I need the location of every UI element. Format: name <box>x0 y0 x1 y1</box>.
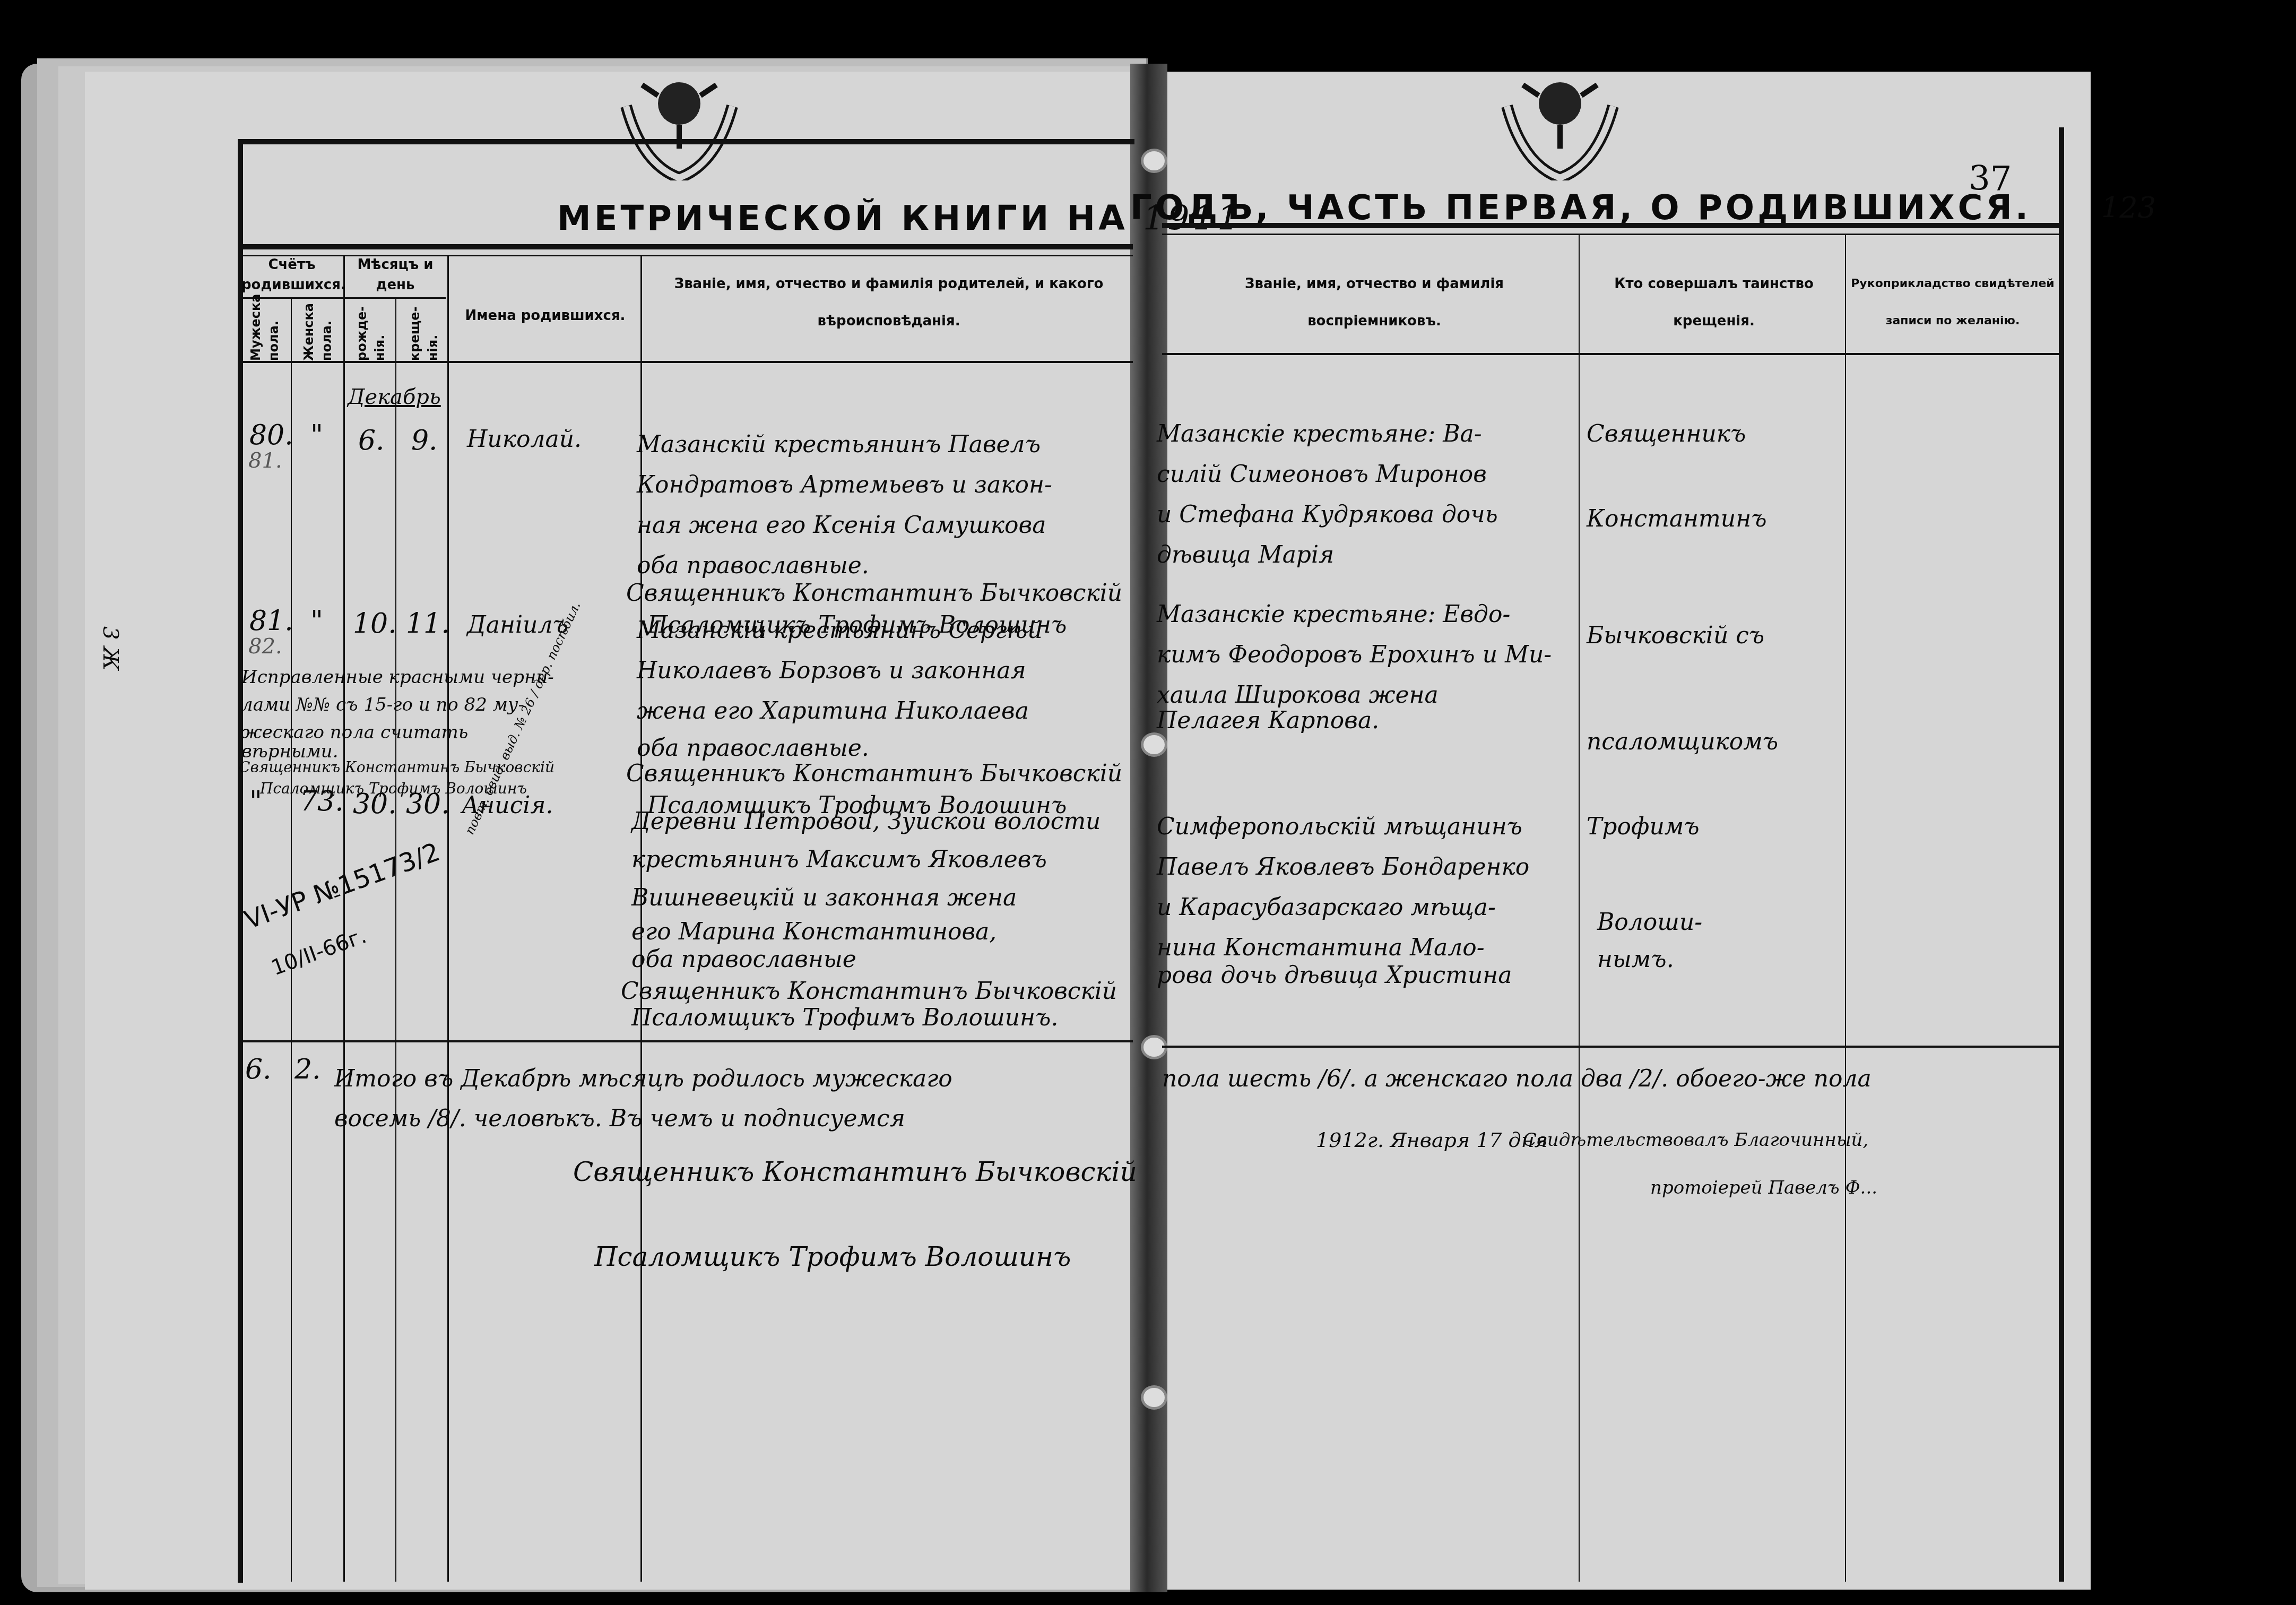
record-1-officiant: Священникъ <box>1587 414 1746 454</box>
record-3-birth-day: 30. <box>353 788 397 820</box>
record-1-birth-day: 6. <box>358 425 385 456</box>
record-1-male-no: 80. <box>249 419 293 451</box>
left-header-bottom-rule <box>241 361 1133 363</box>
right-header-rule-2 <box>1162 234 2059 235</box>
col-divider <box>291 297 292 1582</box>
header-parents: Званіе, имя, отчество и фамилія родителе… <box>645 265 1133 340</box>
header-male: Мужеска пола. <box>247 303 283 361</box>
right-header-bottom-rule <box>1162 353 2059 355</box>
record-2-male-no: 81. <box>249 605 293 637</box>
right-header-rule <box>1162 223 2059 228</box>
record-3-officiant: Трофимъ <box>1587 807 1700 847</box>
godparents-line: Пелагея Карпова. <box>1157 701 1379 741</box>
record-3-officiant-3: нымъ. <box>1597 939 1674 980</box>
header-count: Счётъ родившихся. <box>241 255 342 295</box>
header-baptism: креще-нія. <box>406 303 442 361</box>
totals-psalmist-signature: Псаломщикъ Трофимъ Волошинъ <box>594 1237 1071 1277</box>
totals-summary-line-1: Итого въ Декабрѣ мѣсяцѣ родилось мужеска… <box>334 1059 952 1099</box>
certification-date: 1912г. Января 17 дня <box>1316 1120 1548 1160</box>
godparents-line: дѣвица Марія <box>1157 535 1334 575</box>
record-1-name: Николай. <box>467 419 582 460</box>
godparents-line: рова дочь дѣвица Христина <box>1157 955 1512 996</box>
header-month-day: Мѣсяцъ и день <box>345 255 446 295</box>
margin-mark: 3 Ж <box>90 626 131 670</box>
record-1-baptism-day: 9. <box>411 425 438 456</box>
binding-stitch <box>1141 1385 1167 1410</box>
archive-page-number: 123 <box>2101 191 2156 225</box>
parents-line: ная жена его Ксенія Самушкова <box>637 505 1046 546</box>
record-1-male-no-corrected: 81. <box>248 448 282 473</box>
record-3-officiant-2: Волоши- <box>1597 902 1702 943</box>
page-number: 37 <box>1969 159 2012 199</box>
record-1-officiant-2: Константинъ <box>1587 499 1766 539</box>
note-line: Исправленные красными черни- <box>241 663 554 691</box>
record-3-female-no: 73. <box>300 786 344 817</box>
godparents-line: Симферопольскій мѣщанинъ <box>1157 807 1522 847</box>
header-signatures: Рукоприкладство свидѣтелей записи по жел… <box>1849 265 2056 340</box>
record-2-officiant-2: псаломщикомъ <box>1587 722 1778 762</box>
godparents-line: кимъ Феодоровъ Ерохинъ и Ми- <box>1157 635 1552 675</box>
godparents-line: и Карасубазарскаго мѣща- <box>1157 887 1496 928</box>
godparents-line: Павелъ Яковлевъ Бондаренко <box>1157 847 1529 887</box>
binding-stitch <box>1141 149 1167 173</box>
record-3-baptism-day: 30. <box>406 788 450 820</box>
col-divider <box>395 297 396 1582</box>
month-label: Декабрь <box>348 377 441 417</box>
col-divider <box>447 255 449 1582</box>
totals-priest-signature: Священникъ Константинъ Бычковскій <box>573 1152 1137 1192</box>
record-1-female-no: " <box>310 419 323 451</box>
parents-line: крестьянинъ Максимъ Яковлевъ <box>631 840 1047 880</box>
right-table-border <box>2059 127 2064 1582</box>
col-divider <box>1579 234 1580 1582</box>
record-2-baptism-day: 11. <box>406 608 450 640</box>
parents-line: Мазанскій крестьянинъ Сергѣй <box>637 610 1043 651</box>
parents-line: жена его Харитина Николаева <box>637 691 1029 731</box>
imperial-eagle-emblem-left <box>610 74 748 180</box>
record-2-male-no-corrected: 82. <box>248 634 282 659</box>
left-top-rule <box>238 139 1134 144</box>
header-names: Имена родившихся. <box>451 297 639 334</box>
godparents-line: силій Симеоновъ Миронов <box>1157 454 1487 495</box>
record-2-officiant: Бычковскій съ <box>1587 616 1764 656</box>
certification-text: Свидѣтельствовалъ Благочинный, <box>1523 1120 1868 1160</box>
left-totals-rule <box>241 1040 1133 1042</box>
totals-summary-right: пола шесть /6/. а женскаго пола два /2/.… <box>1162 1059 1872 1099</box>
note-line: лами №№ съ 15-го и по 82 му- <box>241 691 524 719</box>
godparents-line: Мазанскіе крестьяне: Евдо- <box>1157 594 1510 635</box>
godparents-line: и Стефана Кудрякова дочь <box>1157 495 1498 535</box>
col-divider <box>1845 234 1846 1582</box>
parents-line: Николаевъ Борзовъ и законная <box>637 651 1026 691</box>
record-3-male-no: " <box>249 786 262 817</box>
left-table-border <box>238 139 243 1583</box>
certification-signer: протоіерей Павелъ Ф... <box>1650 1168 1877 1208</box>
totals-summary-line-2: восемь /8/. человѣкъ. Въ чемъ и подписуе… <box>334 1099 905 1139</box>
title-text: МЕТРИЧЕСКОЙ КНИГИ НА <box>557 199 1128 238</box>
imperial-eagle-emblem-right <box>1491 74 1629 180</box>
header-birth: рожде-нія. <box>353 303 389 361</box>
record-2-female-no: " <box>310 605 323 637</box>
header-female: Женска пола. <box>300 303 336 361</box>
parents-line: Кондратовъ Артемьевъ и закон- <box>637 465 1052 505</box>
signature-line: Псаломщикъ Трофимъ Волошинъ. <box>631 998 1058 1038</box>
totals-male: 6. <box>245 1054 272 1085</box>
left-header-rule <box>241 244 1133 249</box>
right-totals-rule <box>1162 1046 2059 1048</box>
godparents-line: Мазанскіе крестьяне: Ва- <box>1157 414 1482 454</box>
record-2-birth-day: 10. <box>353 608 397 640</box>
header-officiant: Кто совершалъ таинство крещенія. <box>1587 265 1841 340</box>
book-title-right: ГОДЪ, ЧАСТЬ ПЕРВАЯ, О РОДИВШИХСЯ. <box>1130 188 2031 228</box>
parents-line: Мазанскій крестьянинъ Павелъ <box>637 425 1041 465</box>
header-godparents: Званіе, имя, отчество и фамилія воспріем… <box>1183 265 1565 340</box>
col-divider <box>343 255 345 1582</box>
totals-female: 2. <box>294 1054 321 1085</box>
parents-line: Деревни Петровой, Зуйской волости <box>631 801 1101 842</box>
